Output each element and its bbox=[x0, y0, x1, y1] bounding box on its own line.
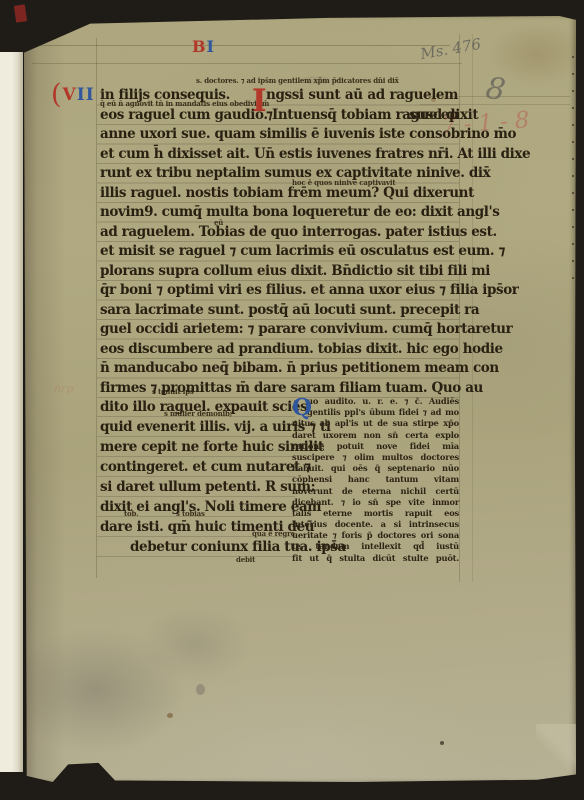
opening-line: in filijs consequis. I ngssi sunt aū ad … bbox=[100, 86, 458, 106]
title-ruling-line bbox=[32, 45, 450, 46]
text-line: dito illo raguel. expauit sciēs bbox=[100, 397, 292, 417]
text-line: illis raguel. nostis tobiam frēm meum? Q… bbox=[100, 184, 458, 204]
text-line: quid evenerit illis. vij. a uiris ⁊ ti bbox=[100, 417, 292, 437]
manuscript-photo: { "colors": { "ink": "#292011", "rubric_… bbox=[0, 0, 584, 800]
running-title: BI bbox=[192, 37, 215, 56]
gloss-line: uo audito. u. r. e. ⁊ c̄. Audiēs bbox=[292, 396, 459, 407]
stain-speck bbox=[167, 713, 173, 718]
text-line: et misit se raguel ⁊ cum lacrimis eū osc… bbox=[100, 242, 458, 262]
gloss-line: dicebant. ⁊ io sn̄ spe vite inmor bbox=[292, 497, 459, 508]
running-title-letter-left: B bbox=[192, 37, 207, 56]
text-line: eos raguel cum gaudio. Intuensq̄ tobiam … bbox=[100, 106, 458, 126]
text-line: eos discumbere ad prandium. tobias dixit… bbox=[100, 340, 458, 360]
gloss-line: nitus ab apl'is ut de sua stirpe xp̄o bbox=[292, 418, 459, 429]
opening-line-left: in filijs consequis. bbox=[100, 86, 230, 106]
initial-q: Q bbox=[292, 396, 312, 419]
text-line: debetur coniunx filia tua. ips̄a bbox=[100, 537, 292, 557]
gloss-line: cōphensi hanc tantum vitam bbox=[292, 474, 459, 485]
gloss-line: suscipere ⁊ olim multos doctores bbox=[292, 452, 459, 463]
bookmark-ribbon bbox=[14, 4, 27, 22]
chapter-numeral-blue: II bbox=[77, 85, 95, 105]
stain-speck bbox=[196, 684, 205, 695]
text-line: mere cepit ne forte huic similit bbox=[100, 437, 292, 457]
pencil-number: 8 bbox=[483, 71, 507, 109]
text-line: n̄ manducabo neq̄ bibam. n̄ prius petiti… bbox=[100, 359, 458, 379]
page-corner-wear bbox=[536, 724, 576, 779]
text-line: contingeret. et cum nutaret ⁊ bbox=[100, 457, 292, 477]
gloss-line: ratione potuit nove fidei mīa bbox=[292, 441, 459, 452]
chapter-numeral: (VII bbox=[51, 79, 95, 110]
underpage-edge bbox=[0, 52, 23, 772]
text-line: sara lacrimate sunt. postq̄ aū locuti su… bbox=[100, 301, 458, 321]
gloss-line: talis eterne mortis rapuit eos bbox=[292, 508, 459, 519]
opening-gap bbox=[230, 86, 252, 106]
offset-mark: nrp bbox=[54, 382, 74, 396]
gloss-line: interius docente. a si intrinsecus bbox=[292, 519, 459, 530]
gloss-line: daret uxorem non sn̄ certa explo bbox=[292, 430, 459, 441]
left-column: dito illo raguel. expauit sciēs quid eve… bbox=[100, 397, 292, 557]
interlinear-gloss: debit bbox=[236, 556, 255, 563]
text-line: ad raguelem. Tobias de quo interrogas. p… bbox=[100, 223, 458, 243]
main-text-block: in filijs consequis. I ngssi sunt aū ad … bbox=[100, 86, 458, 398]
opening-line-right: ngssi sunt aū ad raguelem ⁊ suscep bbox=[266, 86, 458, 106]
initial-i: I bbox=[252, 86, 266, 106]
gloss-line: ueritate ⁊ foris p̄ doctores ori sona bbox=[292, 530, 459, 541]
text-line: guel occidi arietem: ⁊ parare convivium.… bbox=[100, 320, 458, 340]
stain-speck bbox=[440, 741, 444, 745]
gloss-line: fit ut q̄ stulta dicūt stulte puōt. bbox=[292, 553, 459, 564]
chapter-numeral-red: V bbox=[63, 85, 77, 105]
text-line: dixit ei angl's. Noli timere eam bbox=[100, 497, 292, 517]
interlinear-gloss: s. doctores. ⁊ ad ips̄m gentilem xp̄m p̄… bbox=[196, 77, 399, 84]
chapter-paraph: ( bbox=[51, 79, 63, 110]
manuscript-page: BI Ms. 476 8 7-1-8 nrp (VII s. doctores.… bbox=[24, 16, 576, 782]
sewing-holes bbox=[572, 56, 574, 286]
right-column: Q uo audito. u. r. e. ⁊ c̄. Audiēs genti… bbox=[292, 396, 459, 564]
text-line: q̄r boni ⁊ optimi viri es filius. et ann… bbox=[100, 281, 458, 301]
gloss-line: habuit. qui oēs q̄ septenario nūo bbox=[292, 463, 459, 474]
text-line: runt ex tribu neptalim sumus ex captivit… bbox=[100, 164, 458, 184]
text-line: anne uxori sue. quam similis ē iuvenis i… bbox=[100, 125, 458, 145]
running-title-letter-right: I bbox=[207, 37, 215, 56]
text-line: novim9. cumq̄ multa bona loqueretur de e… bbox=[100, 203, 458, 223]
text-line: et cum h̄ dixisset ait. Un̄ estis iuvene… bbox=[100, 145, 458, 165]
gloss-line: gentilis ppl's ūbum fidei ⁊ ad mo bbox=[292, 407, 459, 418]
gloss-line: noverunt de eterna nichil certū bbox=[292, 486, 459, 497]
text-line: si daret ullum petenti. R sum: bbox=[100, 477, 292, 497]
text-line: plorans supra collum eius dixit. Bn̄dict… bbox=[100, 262, 458, 282]
gloss-line: te. tandem intellexit qd̄ iustū bbox=[292, 541, 459, 552]
text-line: dare isti. qm̄ huic timenti deū bbox=[100, 517, 292, 537]
